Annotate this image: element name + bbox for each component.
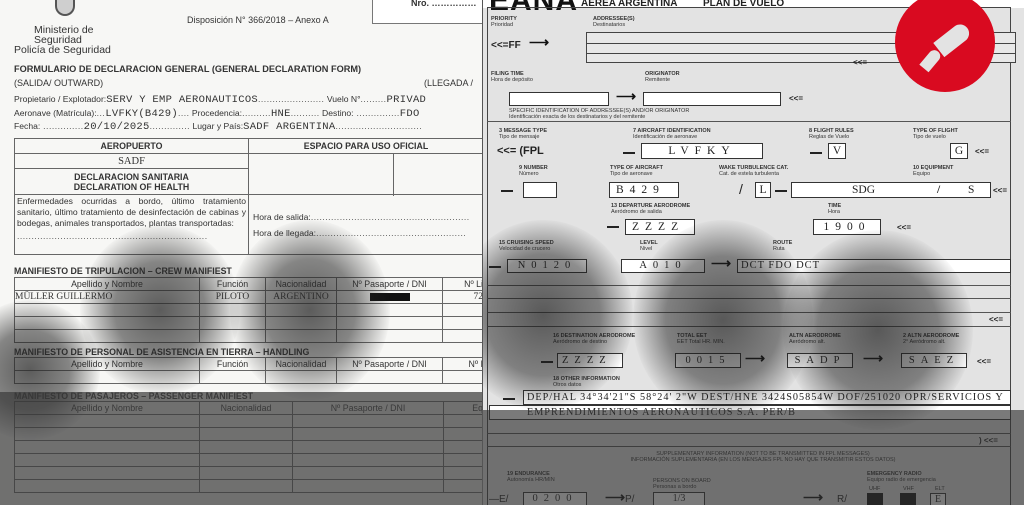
wake-turbulence-label: WAKE TURBULENCE CAT.Cat. de estela turbu… xyxy=(719,165,788,177)
equipment-label: 10 EQUIPMENTEquipo xyxy=(913,165,953,177)
originator-label: ORIGINATORRemitente xyxy=(645,71,680,83)
arrow-icon: ⟶ xyxy=(803,489,823,505)
procedencia-value: HNE xyxy=(271,108,291,120)
dash xyxy=(489,266,501,268)
arrow-icon: ⟶ xyxy=(616,88,636,105)
nro-label: Nro. …………… xyxy=(411,0,477,8)
general-declaration-form: Ministerio de Seguridad Policía de Segur… xyxy=(0,0,482,505)
ministry-heading: Ministerio de Seguridad Policía de Segur… xyxy=(14,25,111,55)
table-row xyxy=(15,304,483,317)
health-title: DECLARACION SANITARIA DECLARATION OF HEA… xyxy=(15,169,249,195)
disposicion-label: Disposición N° 366/2018 – Anexo A xyxy=(187,15,329,25)
crew-header-row: Apellido y Nombre Función Nacionalidad N… xyxy=(15,278,483,291)
departure-field[interactable]: ZZZZ xyxy=(625,219,695,235)
return-marker: <<= xyxy=(989,315,1003,324)
cruising-speed-field[interactable]: N0120 xyxy=(507,259,587,273)
type-of-flight-label: TYPE OF FLIGHTTipo de vuelo xyxy=(913,128,958,140)
route-field[interactable]: DCT FDO DCT xyxy=(737,259,1011,273)
arrow-icon: ⟶ xyxy=(745,350,765,367)
table-row xyxy=(15,454,483,467)
lugar-value: SADF ARGENTINA xyxy=(243,121,335,133)
equipment-value-left: SDG xyxy=(852,183,875,197)
col-funcion: Función xyxy=(200,358,266,371)
fecha-line: Fecha: ..............20/10/2025.........… xyxy=(14,121,422,133)
return-marker: <<= xyxy=(977,357,991,366)
arrow-icon: ⟶ xyxy=(711,255,731,272)
crew-manifest-table: Apellido y Nombre Función Nacionalidad N… xyxy=(14,277,482,343)
addressee-label: ADDRESSEE(S)Destinatarios xyxy=(593,16,635,28)
col-apellido: Apellido y Nombre xyxy=(15,402,200,415)
aircraft-type-label: TYPE OF AIRCRAFTTipo de aeronave xyxy=(610,165,663,177)
col-licencia: Nº Li xyxy=(443,278,483,291)
endurance-prefix: —E/ xyxy=(489,494,508,505)
persons-prefix: P/ xyxy=(625,494,634,505)
col-pasaporte: Nº Pasaporte / DNI xyxy=(293,402,444,415)
health-text: Enfermedades ocurridas a bordo, último t… xyxy=(15,195,249,255)
dash xyxy=(503,398,515,400)
divider xyxy=(487,446,1011,447)
col-equipaje: Eq xyxy=(444,402,483,415)
arrow-icon: ⟶ xyxy=(529,34,549,51)
col-apellido: Apellido y Nombre xyxy=(15,358,200,371)
persons-field[interactable]: 1/3 xyxy=(653,492,705,505)
route-line xyxy=(487,326,1011,327)
passenger-header-row: Apellido y Nombre Nacionalidad Nº Pasapo… xyxy=(15,402,483,415)
col-licencia: Nº I xyxy=(443,358,483,371)
total-eet-field[interactable]: 0015 xyxy=(675,353,741,368)
dash xyxy=(623,152,635,154)
crew-license: 72 xyxy=(443,291,483,304)
aircraft-type-field[interactable]: B429 xyxy=(609,182,679,198)
altn2-label: 2 ALTN AERODROME2° Aeródromo alt. xyxy=(903,333,959,345)
airport-table: AEROPUERTO ESPACIO PARA USO OFICIAL SADF… xyxy=(14,138,482,255)
hora-llegada-label: Hora de llegada: xyxy=(253,228,316,238)
ministry-line-3: Policía de Seguridad xyxy=(14,45,111,55)
message-type-label: 3 MESSAGE TYPETipo de mensaje xyxy=(499,128,547,140)
table-row xyxy=(15,330,483,343)
elt-label: ELT xyxy=(935,486,945,492)
fecha-label: Fecha: xyxy=(14,121,40,131)
equipment-field[interactable]: SDG / S xyxy=(791,182,991,198)
flight-rules-label: 8 FLIGHT RULESReglas de Vuelo xyxy=(809,128,854,140)
return-marker: <<= xyxy=(853,58,867,67)
table-row xyxy=(15,480,483,493)
aeronave-line: Aeronave (Matrícula):...LVFKY(B429).... … xyxy=(14,108,420,120)
return-marker: <<= xyxy=(993,186,1007,195)
form-title: FORMULARIO DE DECLARACION GENERAL (GENER… xyxy=(14,64,361,74)
procedencia-label: Procedencia: xyxy=(192,108,242,118)
other-info-label: 18 OTHER INFORMATIONOtros datos xyxy=(553,376,620,388)
table-row: MÜLLER GUILLERMO PILOTO ARGENTINO 72 xyxy=(15,291,483,304)
aircraft-id-field[interactable]: LVFKY xyxy=(641,143,763,159)
table-row xyxy=(15,467,483,480)
uhf-crossed-box[interactable] xyxy=(867,493,883,505)
health-title-en: DECLARATION OF HEALTH xyxy=(15,182,248,192)
level-field[interactable]: A010 xyxy=(621,259,705,273)
salida-label: (SALIDA/ OUTWARD) xyxy=(14,78,103,88)
message-type-value: <<= (FPL xyxy=(497,145,544,157)
llegada-label: (LLEGADA / xyxy=(424,78,473,88)
airport-value: SADF xyxy=(15,154,249,169)
vhf-crossed-box[interactable] xyxy=(900,493,916,505)
vuelo-label: Vuelo N° xyxy=(327,94,361,104)
return-marker: <<= xyxy=(897,223,911,232)
emergency-radio-label: EMERGENCY RADIOEquipo radio de emergenci… xyxy=(867,471,936,483)
passenger-manifest-table: Apellido y Nombre Nacionalidad Nº Pasapo… xyxy=(14,401,482,493)
fecha-value: 20/10/2025 xyxy=(84,121,150,133)
col-pasaporte: Nº Pasaporte / DNI xyxy=(337,358,443,371)
close-marker: ) <<= xyxy=(979,436,998,445)
altn-field[interactable]: SADP xyxy=(787,353,853,368)
health-description: Enfermedades ocurridas a bordo, último t… xyxy=(17,196,246,228)
handling-manifest-table: Apellido y Nombre Función Nacionalidad N… xyxy=(14,357,482,384)
return-marker: <<= xyxy=(789,94,803,103)
crew-name: MÜLLER GUILLERMO xyxy=(15,291,200,304)
lugar-label: Lugar y País: xyxy=(192,121,243,131)
crew-passport xyxy=(337,291,443,304)
endurance-label: 19 ENDURANCEAutonomía HR/MIN xyxy=(507,471,555,483)
route-line xyxy=(487,285,1011,286)
dash xyxy=(775,190,787,192)
destination-field[interactable]: ZZZZ xyxy=(557,353,623,368)
altn2-field[interactable]: SAEZ xyxy=(901,353,967,368)
table-row xyxy=(15,441,483,454)
return-marker: <<= xyxy=(975,147,989,156)
dash xyxy=(541,361,553,363)
propietario-line: Propietario / Explotador:SERV Y EMP AERO… xyxy=(14,94,426,106)
aeronave-value: LVFKY(B429) xyxy=(105,108,178,120)
altn-label: ALTN AERODROMEAeródromo alt. xyxy=(789,333,841,345)
flight-rules-field[interactable]: V xyxy=(828,143,846,159)
crew-function: PILOTO xyxy=(200,291,266,304)
vuelo-value: PRIVAD xyxy=(387,94,427,106)
airport-header: AEROPUERTO xyxy=(15,139,249,154)
specific-id-label: SPECIFIC IDENTIFICATION OF ADDRESSEE(S) … xyxy=(509,108,689,120)
official-box-1 xyxy=(249,154,394,195)
health-title-es: DECLARACION SANITARIA xyxy=(15,172,248,182)
redaction-bar xyxy=(370,293,410,301)
departure-label: 13 DEPARTURE AERODROMEAeródromo de salid… xyxy=(611,203,690,215)
col-funcion: Función xyxy=(200,278,266,291)
arrow-icon: ⟶ xyxy=(863,350,883,367)
divider xyxy=(487,433,1011,434)
dash xyxy=(607,226,619,228)
handling-manifest-title: MANIFIESTO DE PERSONAL DE ASISTENCIA EN … xyxy=(14,347,309,357)
col-nacionalidad: Nacionalidad xyxy=(200,402,293,415)
other-info-line-1[interactable]: DEP/HAL 34°34'21"S 58°24' 2"W DEST/HNE 3… xyxy=(523,390,1011,405)
route-label: ROUTERuta xyxy=(773,240,792,252)
radio-prefix: R/ xyxy=(837,494,847,505)
priority-value: <<=FF xyxy=(491,40,521,51)
propietario-value: SERV Y EMP AERONAUTICOS xyxy=(106,94,258,106)
crew-nationality: ARGENTINO xyxy=(266,291,337,304)
divider xyxy=(487,121,1011,122)
aircraft-id-label: 7 AIRCRAFT IDENTIFICATIONIdentificación … xyxy=(633,128,711,140)
wake-turbulence-field[interactable]: L xyxy=(755,182,771,198)
cruising-speed-label: 15 CRUISING SPEEDVelocidad de crucero xyxy=(499,240,554,252)
national-emblem-icon xyxy=(55,0,75,16)
hora-cell: Hora de salida:.........................… xyxy=(249,195,483,255)
supplementary-info-label: SUPPLEMENTARY INFORMATION (NOT TO BE TRA… xyxy=(613,451,913,463)
table-row xyxy=(15,317,483,330)
official-use-header: ESPACIO PARA USO OFICIAL xyxy=(249,139,483,154)
filing-time-label: FILING TIMEHora de depósito xyxy=(491,71,533,83)
other-info-line-2[interactable]: EMPRENDIMIENTOS AERONAUTICOS S.A. PER/B xyxy=(489,405,1011,420)
route-line xyxy=(487,312,1011,313)
official-box-2 xyxy=(394,154,483,195)
table-row xyxy=(15,428,483,441)
slash: / xyxy=(739,181,743,197)
time-label: TIMEHora xyxy=(828,203,841,215)
crew-manifest-title: MANIFIESTO DE TRIPULACION – CREW MANIFIE… xyxy=(14,266,232,276)
dash xyxy=(810,152,822,154)
equipment-value-right: S xyxy=(968,183,974,197)
aeronave-label: Aeronave (Matrícula): xyxy=(14,108,97,118)
level-label: LEVELNivel xyxy=(640,240,658,252)
vhf-label: VHF xyxy=(903,486,914,492)
uhf-label: UHF xyxy=(869,486,880,492)
number-field[interactable] xyxy=(523,182,557,198)
col-apellido: Apellido y Nombre xyxy=(15,278,200,291)
time-field[interactable]: 1900 xyxy=(813,219,881,235)
arrow-icon: ⟶ xyxy=(605,489,625,505)
route-line xyxy=(487,298,1011,299)
filing-time-field[interactable] xyxy=(509,92,609,106)
destination-label: 16 DESTINATION AERODROMEAeródromo de des… xyxy=(553,333,635,345)
dash xyxy=(501,190,513,192)
col-pasaporte: Nº Pasaporte / DNI xyxy=(337,278,443,291)
priority-label: PRIORITYPrioridad xyxy=(491,16,517,28)
destino-label: Destino: xyxy=(322,108,354,118)
type-of-flight-field[interactable]: G xyxy=(950,143,968,159)
propietario-label: Propietario / Explotador: xyxy=(14,94,106,104)
destino-value: FDO xyxy=(400,108,420,120)
hora-salida-label: Hora de salida: xyxy=(253,212,311,222)
number-label: 9 NUMBERNúmero xyxy=(519,165,548,177)
elt-field[interactable]: E xyxy=(930,493,946,505)
col-nacionalidad: Nacionalidad xyxy=(266,278,337,291)
table-row xyxy=(15,415,483,428)
table-row xyxy=(15,371,483,384)
total-eet-label: TOTAL EETEET Total HR. MIN. xyxy=(677,333,725,345)
persons-label: PERSONS ON BOARDPersonas a bordo xyxy=(653,478,711,490)
passenger-manifest-title: MANIFIESTO DE PASAJEROS – PASSENGER MANI… xyxy=(14,391,253,401)
endurance-field[interactable]: 0200 xyxy=(523,492,587,505)
col-nacionalidad: Nacionalidad xyxy=(266,358,337,371)
originator-field[interactable] xyxy=(643,92,781,106)
nro-box: Nro. …………… xyxy=(372,0,482,24)
handling-header-row: Apellido y Nombre Función Nacionalidad N… xyxy=(15,358,483,371)
